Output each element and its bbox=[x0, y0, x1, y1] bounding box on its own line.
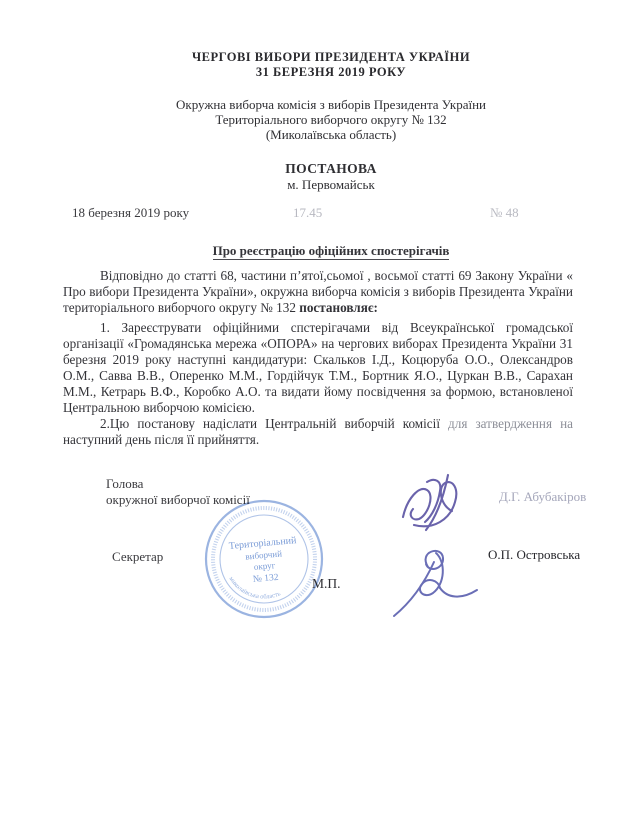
date-row: 18 березня 2019 року 17.45 № 48 bbox=[0, 205, 640, 221]
commission-header: Окружна виборча комісія з виборів Презид… bbox=[22, 97, 640, 142]
seal-center-line2: виборчий bbox=[245, 548, 282, 561]
secretary-name: О.П. Островська bbox=[488, 547, 580, 563]
chair-name: Д.Г. Абубакіров bbox=[499, 489, 586, 505]
seal-center-line4: № 132 bbox=[253, 573, 280, 585]
commission-name: Окружна виборча комісія з виборів Презид… bbox=[22, 97, 640, 112]
paragraph-preamble: Відповідно до статті 68, частини п’ятої,… bbox=[63, 268, 573, 316]
document-type-block: ПОСТАНОВА м. Первомайськ bbox=[22, 161, 640, 192]
document-time: 17.45 bbox=[293, 205, 322, 221]
secretary-signature bbox=[389, 546, 493, 620]
chair-signature bbox=[397, 471, 479, 537]
election-header-line2: 31 БЕРЕЗНЯ 2019 РОКУ bbox=[22, 65, 640, 80]
document-number: № 48 bbox=[490, 205, 519, 221]
commission-region: (Миколаївська область) bbox=[22, 127, 640, 142]
document-date: 18 березня 2019 року bbox=[72, 205, 189, 221]
document-page: ЧЕРГОВІ ВИБОРИ ПРЕЗИДЕНТА УКРАЇНИ 31 БЕР… bbox=[0, 0, 640, 825]
paragraph-item-1: 1. Зареєструвати офіційними спстерігачам… bbox=[63, 320, 573, 416]
seal-center-line3: округ bbox=[253, 560, 276, 572]
secretary-role-label: Секретар bbox=[112, 549, 163, 565]
election-header-line1: ЧЕРГОВІ ВИБОРИ ПРЕЗИДЕНТА УКРАЇНИ bbox=[22, 50, 640, 65]
election-header: ЧЕРГОВІ ВИБОРИ ПРЕЗИДЕНТА УКРАЇНИ 31 БЕР… bbox=[22, 50, 640, 80]
document-body: Відповідно до статті 68, частини п’ятої,… bbox=[63, 268, 573, 448]
paragraph-item-2: 2.Цю постанову надіслати Центральній виб… bbox=[63, 416, 573, 448]
commission-seal-stamp: Територіальний виборчий округ № 132 мико… bbox=[202, 498, 326, 622]
faded-text-run: для затвердження на bbox=[448, 416, 573, 431]
document-city: м. Первомайськ bbox=[22, 177, 640, 192]
resolves-word: постановляє: bbox=[299, 300, 378, 315]
commission-district: Територіального виборчого округу № 132 bbox=[22, 112, 640, 127]
document-title: Про реєстрацію офіційних спостерігачів bbox=[22, 243, 640, 259]
document-type-label: ПОСТАНОВА bbox=[22, 161, 640, 176]
